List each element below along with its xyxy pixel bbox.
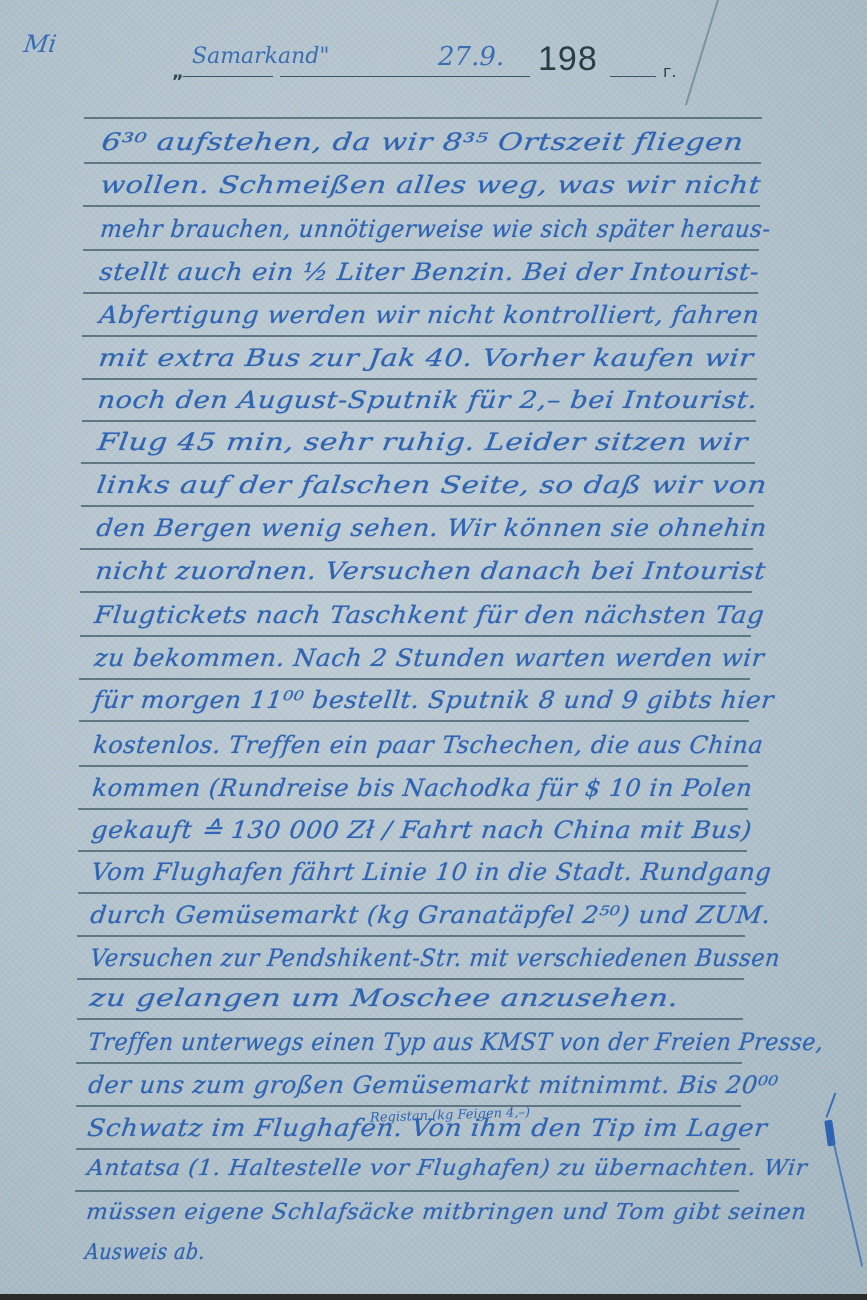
- header-underline: [183, 76, 273, 77]
- ruled-line: [82, 420, 756, 422]
- ruled-line: [79, 765, 748, 767]
- diary-line: müssen eigene Schlafsäcke mitbringen und…: [85, 1200, 808, 1225]
- page-header: „ Samarkand" 27.9. 198 г.: [0, 0, 867, 100]
- pen-stroke: [832, 1140, 863, 1267]
- diary-line: gekauft ≙ 130 000 Zł / Fahrt nach China …: [90, 816, 753, 844]
- notebook-page: Mi „ Samarkand" 27.9. 198 г. 6³⁰ aufsteh…: [0, 0, 867, 1300]
- diary-line: der uns zum großen Gemüsemarkt mitnimmt.…: [87, 1071, 780, 1099]
- ruled-line: [84, 162, 761, 164]
- diary-line: Abfertigung werden wir nicht kontrollier…: [98, 301, 761, 329]
- diary-line: noch den August-Sputnik für 2,– bei Into…: [96, 386, 759, 414]
- ruled-line: [75, 1190, 739, 1192]
- ruled-line: [84, 117, 762, 119]
- ruled-line: [76, 1105, 741, 1107]
- ruled-line: [80, 548, 753, 550]
- opening-quote: „: [172, 62, 184, 83]
- diary-line: Flugtickets nach Taschkent für den nächs…: [93, 601, 766, 629]
- ruled-line: [79, 678, 750, 680]
- ruled-line: [83, 292, 758, 294]
- diary-line: Versuchen zur Pendshikent-Str. mit versc…: [89, 944, 781, 972]
- ruled-line: [83, 205, 760, 207]
- ruled-line: [78, 808, 748, 810]
- ruled-line: [77, 935, 745, 937]
- ruled-line: [83, 249, 759, 251]
- ruled-line: [76, 1148, 740, 1150]
- diary-line: wollen. Schmeißen alles weg, was wir nic…: [99, 171, 763, 199]
- diary-line: 6³⁰ aufstehen, da wir 8³⁵ Ortszeit flieg…: [100, 128, 746, 156]
- diary-line: kommen (Rundreise bis Nachodka für $ 10 …: [91, 774, 754, 802]
- diary-line: Treffen unterwegs einen Typ aus KMST von…: [87, 1028, 825, 1056]
- year-suffix: г.: [663, 62, 677, 81]
- ruled-line: [82, 335, 757, 337]
- diary-line: für morgen 11⁰⁰ bestellt. Sputnik 8 und …: [92, 686, 775, 714]
- ruled-line: [81, 505, 754, 507]
- ruled-line: [78, 850, 747, 852]
- diary-line: stellt auch ein ½ Liter Benzin. Bei der …: [98, 258, 761, 286]
- ruled-line: [77, 1018, 743, 1020]
- ruled-line: [77, 978, 744, 980]
- ruled-line: [80, 591, 752, 593]
- ruled-line: [76, 1062, 742, 1064]
- diary-line: zu gelangen um Moschee anzusehen.: [88, 984, 681, 1012]
- diary-line: kostenlos. Treffen ein paar Tschechen, d…: [92, 731, 765, 759]
- ruled-line: [80, 635, 751, 637]
- page-bottom-edge: [0, 1294, 867, 1300]
- printed-year: 198: [538, 40, 598, 79]
- ruled-line: [81, 462, 755, 464]
- diary-line: den Bergen wenig sehen. Wir können sie o…: [95, 514, 768, 542]
- ruled-line: [78, 892, 746, 894]
- handwritten-date: 27.9.: [438, 42, 504, 72]
- diary-line: mit extra Bus zur Jak 40. Vorher kaufen …: [97, 344, 755, 372]
- diary-line: links auf der falschen Seite, so daß wir…: [95, 471, 769, 499]
- diary-line: Antatsa (1. Haltestelle vor Flughafen) z…: [86, 1156, 809, 1181]
- diary-line: zu bekommen. Nach 2 Stunden warten werde…: [93, 644, 766, 672]
- diary-line: nicht zuordnen. Versuchen danach bei Int…: [94, 557, 767, 585]
- diary-line: durch Gemüsemarkt (kg Granatäpfel 2⁵⁰) u…: [89, 901, 772, 929]
- diary-line: Flug 45 min, sehr ruhig. Leider sitzen w…: [96, 428, 750, 456]
- year-underline: [610, 76, 656, 77]
- diary-line: Ausweis ab.: [84, 1240, 206, 1265]
- pen-stroke: [826, 1093, 836, 1118]
- diary-line: Vom Flughafen fährt Linie 10 in die Stad…: [90, 858, 773, 886]
- diary-line: mehr brauchen, unnötigerweise wie sich s…: [99, 215, 772, 243]
- place-name: Samarkand": [192, 44, 330, 69]
- header-underline: [280, 76, 530, 77]
- ruled-line: [82, 378, 757, 380]
- ruled-line: [79, 720, 749, 722]
